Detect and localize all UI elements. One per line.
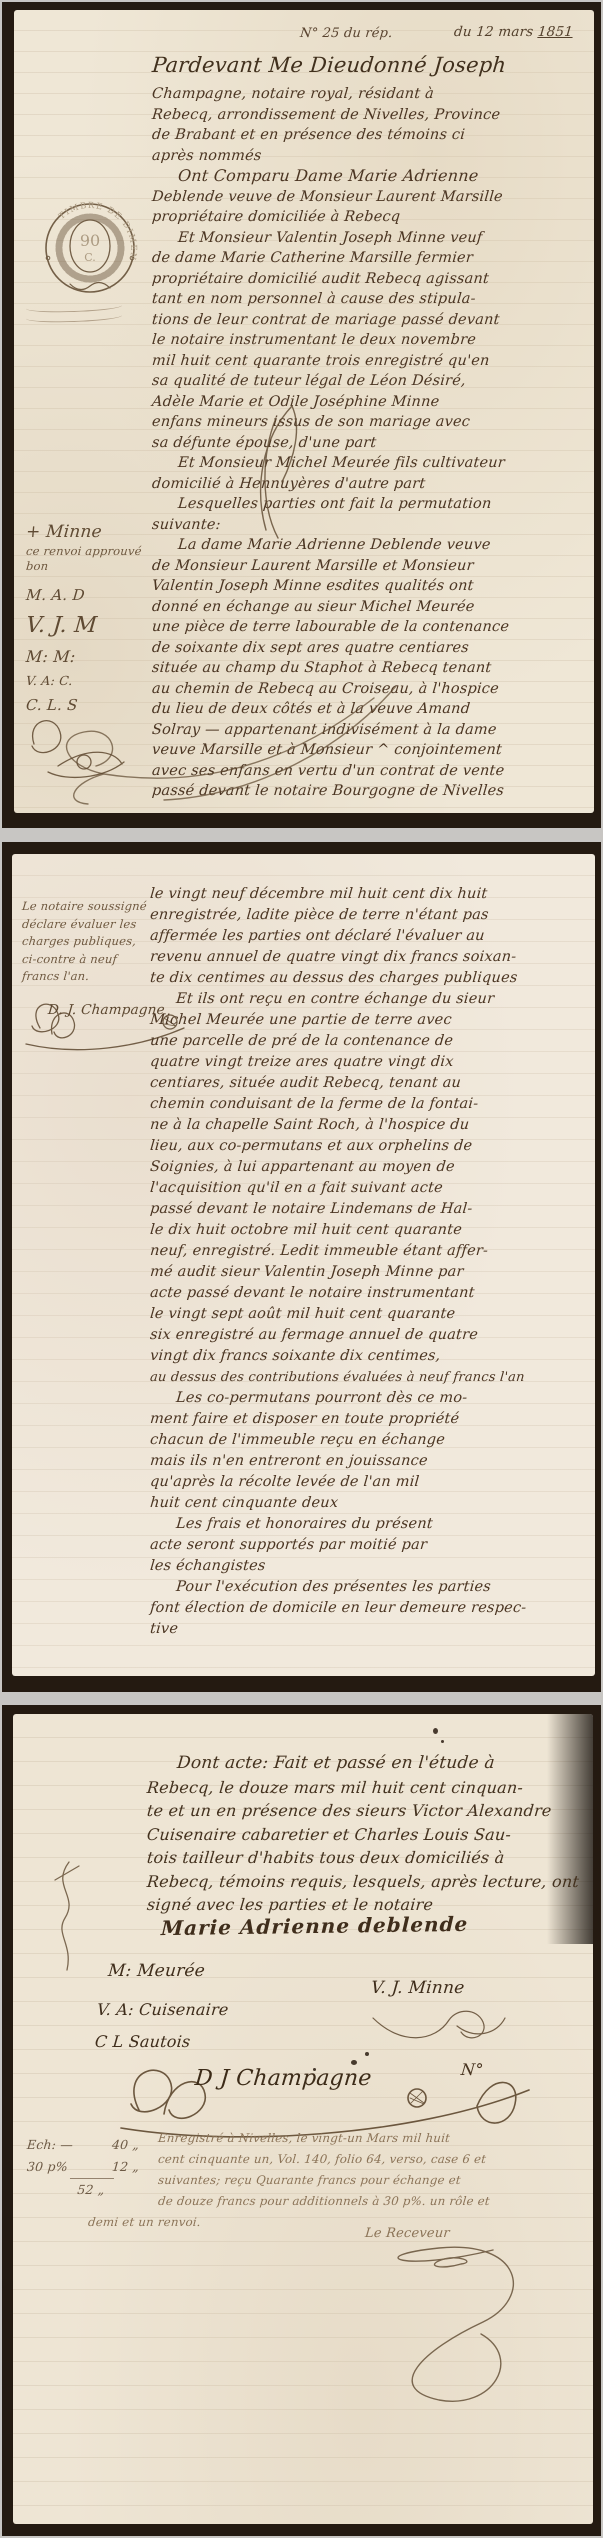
receveur-signature-flourish-icon <box>343 2238 553 2414</box>
signature-deblende: Marie Adrienne deblende <box>161 1912 469 1940</box>
manuscript-line: Ont Comparu Dame Marie Adrienne <box>151 166 589 187</box>
manuscript-line: le vingt neuf décembre mil huit cent dix… <box>149 884 594 905</box>
manuscript-line: une pièce de terre labourable de la cont… <box>151 617 589 638</box>
manuscript-line: Champagne, notaire royal, résidant à <box>151 84 589 105</box>
notary-signature-text: D. J. Champagne <box>47 1002 165 1018</box>
party-initials: V. J. M <box>25 609 156 643</box>
fee-amount: 40 „ <box>111 2134 140 2156</box>
manuscript-line: ne à la chapelle Saint Roch, à l'hospice… <box>149 1115 594 1136</box>
registration-line: cent cinquante un, Vol. 140, folio 64, v… <box>157 2149 491 2170</box>
manuscript-line: Deblende veuve de Monsieur Laurent Marsi… <box>151 187 589 208</box>
manuscript-line: passé devant le notaire Lindemans de Hal… <box>149 1199 594 1220</box>
margin-note-line: francs l'an. <box>21 968 155 986</box>
renvoi-approval: ce renvoi approuvébon <box>26 544 154 574</box>
approval-line: ce renvoi approuvé <box>25 544 154 559</box>
signature-meuree: M: Meurée <box>107 1961 206 1981</box>
manuscript-line: mil huit cent quarante trois enregistré … <box>151 351 589 372</box>
manuscript-line: située au champ du Staphot à Rebecq tena… <box>151 658 589 679</box>
manuscript-line: Et Monsieur Valentin Joseph Minne veuf <box>151 228 589 249</box>
manuscript-line: après nommés <box>151 146 589 167</box>
margin-valuation-note: Le notaire soussignédéclare évaluer lesc… <box>22 898 154 986</box>
fee-label: 30 p% <box>26 2156 69 2178</box>
manuscript-line: sa qualité de tuteur légal de Léon Désir… <box>151 371 589 392</box>
renvoi-mark: + Minne <box>25 522 155 542</box>
page-3-body: Dont acte: Fait et passé en l'étude àReb… <box>147 1752 589 1917</box>
manuscript-line: mé audit sieur Valentin Joseph Minne par <box>149 1262 594 1283</box>
manuscript-line: acte passé devant le notaire instrumenta… <box>149 1283 594 1304</box>
manuscript-line: tant en nom personnel à cause des stipul… <box>151 289 589 310</box>
manuscript-line: Dont acte: Fait et passé en l'étude à <box>146 1752 590 1776</box>
manuscript-line: six enregistré au fermage annuel de quat… <box>149 1325 594 1346</box>
manuscript-line: Cuisenaire cabaretier et Charles Louis S… <box>146 1823 590 1847</box>
renvoi-flourish <box>44 678 414 812</box>
manuscript-line: font élection de domicile en leur demeur… <box>149 1598 594 1619</box>
manuscript-line: mais ils n'en entreront en jouissance <box>149 1451 594 1472</box>
registration-fees: Ech: — 40 „ 30 p% 12 „ 52 „ <box>27 2134 139 2201</box>
manuscript-line: tive <box>149 1619 594 1640</box>
manuscript-line: l'acquisition qu'il en a fait suivant ac… <box>149 1178 594 1199</box>
manuscript-line: neuf, enregistré. Ledit immeuble étant a… <box>149 1241 594 1262</box>
manuscript-line: donné en échange au sieur Michel Meurée <box>151 597 589 618</box>
margin-paraph <box>39 1852 95 1982</box>
manuscript-line: domicilié à Hennuyères d'autre part <box>151 474 589 495</box>
manuscript-line: Adèle Marie et Odile Joséphine Minne <box>151 392 589 413</box>
margin-note-line: ci-contre à neuf <box>21 951 155 969</box>
body-text: Dont acte: Fait et passé en l'étude àReb… <box>147 1752 589 1917</box>
champagne-signature-text: D J Champagne <box>194 2066 373 2091</box>
faint-ink-line <box>26 310 122 323</box>
scanned-page-2: Le notaire soussignédéclare évaluer lesc… <box>2 842 601 1692</box>
manuscript-line: Pour l'exécution des présentes les parti… <box>149 1577 594 1598</box>
party-initials: M. A. D <box>25 582 155 609</box>
manuscript-line: ment faire et disposer en toute propriét… <box>149 1409 594 1430</box>
page-2-paper: Le notaire soussignédéclare évaluer lesc… <box>12 854 595 1676</box>
approval-line: bon <box>25 559 154 574</box>
manuscript-line: sa défunte épouse, d'une part <box>151 433 589 454</box>
manuscript-line: de dame Marie Catherine Marsille fermier <box>151 248 589 269</box>
margin-note-line: déclare évaluer les <box>21 916 155 934</box>
act-date-prefix: du 12 mars <box>453 24 534 40</box>
manuscript-line: te dix centimes au dessus des charges pu… <box>149 968 594 989</box>
manuscript-line: enregistrée, ladite pièce de terre n'éta… <box>149 905 594 926</box>
manuscript-line: centiares, située audit Rebecq, tenant a… <box>149 1073 594 1094</box>
manuscript-line: te et un en présence des sieurs Victor A… <box>146 1799 590 1823</box>
signature-minne: V. J. Minne <box>370 1978 465 1998</box>
ink-blot <box>313 2068 316 2071</box>
ink-blot <box>365 2052 369 2056</box>
body-text: le vingt neuf décembre mil huit cent dix… <box>150 884 593 1640</box>
manuscript-line: suivante: <box>151 515 589 536</box>
manuscript-line: tois tailleur d'habits tous deux domicil… <box>146 1846 590 1870</box>
opening-line: Pardevant Me Dieudonné Joseph <box>151 50 590 84</box>
manuscript-line: La dame Marie Adrienne Deblende veuve <box>151 535 589 556</box>
margin-quill-flourish <box>232 398 322 548</box>
manuscript-line: huit cent cinquante deux <box>149 1493 594 1514</box>
ink-blot <box>441 1740 444 1743</box>
repertory-number: N° 25 du rép. <box>299 26 393 41</box>
manuscript-line: vingt dix francs soixante dix centimes, <box>149 1346 594 1367</box>
registration-note: Enregistré à Nivelles, le vingt-un Mars … <box>158 2128 490 2233</box>
act-year: 1851 <box>537 24 574 40</box>
manuscript-line: chemin conduisant de la ferme de la font… <box>149 1094 594 1115</box>
manuscript-line: Lesquelles parties ont fait la permutati… <box>151 494 589 515</box>
manuscript-line: le vingt sept août mil huit cent quarant… <box>149 1304 594 1325</box>
manuscript-line: enfans mineurs issus de son mariage avec <box>151 412 589 433</box>
scanned-page-3: Dont acte: Fait et passé en l'étude àReb… <box>2 1705 601 2536</box>
page-1-paper: N° 25 du rép. du 12 mars 1851 TIMBRE DE … <box>14 10 594 813</box>
fee-amount: 12 „ <box>111 2156 140 2178</box>
stamp-unit: C. <box>84 251 96 264</box>
minne-signature-flourish-icon <box>361 2002 511 2048</box>
signature-cuisenaire: V. A: Cuisenaire <box>96 2000 229 2019</box>
fee-row: 30 p% 12 „ <box>27 2156 139 2178</box>
page-2-body: le vingt neuf décembre mil huit cent dix… <box>150 884 593 1640</box>
faint-ink-note <box>26 302 122 322</box>
manuscript-line: Et Monsieur Michel Meurée fils cultivate… <box>151 453 589 474</box>
manuscript-line: Rebecq, arrondissement de Nivelles, Prov… <box>151 105 589 126</box>
registration-line: suivantes; reçu Quarante francs pour éch… <box>157 2170 491 2191</box>
manuscript-line: quatre vingt treize ares quatre vingt di… <box>149 1052 594 1073</box>
manuscript-line: de soixante dix sept ares quatre centiar… <box>151 638 589 659</box>
manuscript-line: Et ils ont reçu en contre échange du sie… <box>149 989 594 1010</box>
manuscript-line: au dessus des contributions évaluées à n… <box>149 1367 594 1388</box>
manuscript-line: Rebecq, témoins requis, lesquels, après … <box>146 1870 590 1894</box>
manuscript-line: de Monsieur Laurent Marsille et Monsieur <box>151 556 589 577</box>
revenue-stamp: TIMBRE DE DIMENSION 90 C. <box>38 196 142 300</box>
manuscript-line: affermée les parties ont déclaré l'évalu… <box>149 926 594 947</box>
party-initials: M: M: <box>25 643 155 670</box>
manuscript-line: acte seront supportés par moitié par <box>149 1535 594 1556</box>
manuscript-line: chacun de l'immeuble reçu en échange <box>149 1430 594 1451</box>
manuscript-line: le notaire instrumentant le deux novembr… <box>151 330 589 351</box>
act-date: du 12 mars 1851 <box>453 24 573 40</box>
manuscript-line: Valentin Joseph Minne esdites qualités o… <box>151 576 589 597</box>
signature-sautois: C L Sautois <box>94 2032 191 2051</box>
margin-note-line: charges publiques, <box>21 933 155 951</box>
fee-label: Ech: — <box>26 2134 74 2156</box>
fee-total: 52 „ <box>68 2178 114 2201</box>
manuscript-line: les échangistes <box>149 1556 594 1577</box>
manuscript-line: de Brabant et en présence des témoins ci <box>151 125 589 146</box>
manuscript-line: tions de leur contrat de mariage passé d… <box>151 310 589 331</box>
stamp-value: 90 <box>80 231 100 250</box>
manuscript-line: qu'après la récolte levée de l'an mil <box>149 1472 594 1493</box>
manuscript-line: une parcelle de pré de la contenance de <box>149 1031 594 1052</box>
page-3-paper: Dont acte: Fait et passé en l'étude àReb… <box>13 1714 593 2524</box>
manuscript-line: Soignies, à lui appartenant au moyen de <box>149 1157 594 1178</box>
ink-blot <box>433 1728 438 1734</box>
timbre-de-dimension-stamp-icon: TIMBRE DE DIMENSION 90 C. <box>38 196 142 300</box>
champagne-no-mark: N° <box>460 2060 484 2079</box>
manuscript-line: Michel Meurée une partie de terre avec <box>149 1010 594 1031</box>
fee-row: Ech: — 40 „ <box>27 2134 139 2156</box>
manuscript-line: revenu annuel de quatre vingt dix francs… <box>149 947 594 968</box>
manuscript-line: le dix huit octobre mil huit cent quaran… <box>149 1220 594 1241</box>
manuscript-line: Les co-permutans pourront dès ce mo- <box>149 1388 594 1409</box>
registration-line: de douze francs pour additionnels à 30 p… <box>157 2191 491 2212</box>
manuscript-line: propriétaire domicilié audit Rebecq agis… <box>151 269 589 290</box>
manuscript-line: Rebecq, le douze mars mil huit cent cinq… <box>146 1776 590 1800</box>
manuscript-line: Les frais et honoraires du présent <box>149 1514 594 1535</box>
manuscript-line: propriétaire domiciliée à Rebecq <box>151 207 589 228</box>
registration-line: Enregistré à Nivelles, le vingt-un Mars … <box>157 2128 491 2149</box>
fee-rows: Ech: — 40 „ 30 p% 12 „ <box>27 2134 139 2178</box>
scanned-page-1: N° 25 du rép. du 12 mars 1851 TIMBRE DE … <box>2 2 601 828</box>
manuscript-line: lieu, aux co-permutans et aux orphelins … <box>149 1136 594 1157</box>
ink-blot <box>351 2060 357 2065</box>
margin-note-line: Le notaire soussigné <box>21 898 155 916</box>
